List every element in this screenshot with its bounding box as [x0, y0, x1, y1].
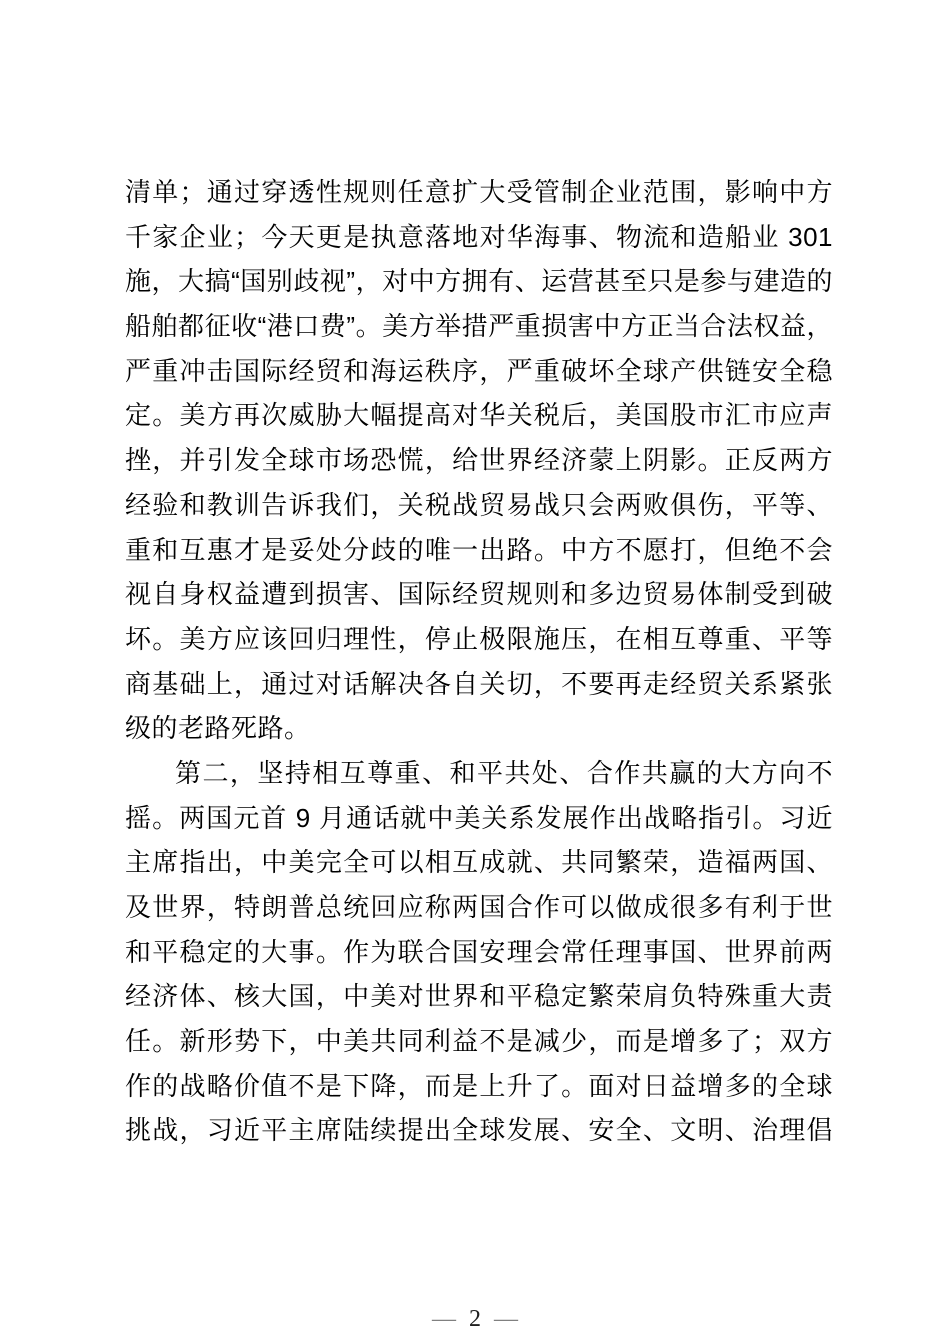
text-line: 任。新形势下，中美共同利益不是减少，而是增多了；双方合	[125, 1019, 833, 1064]
text-line: 挫，并引发全球市场恐慌，给世界经济蒙上阴影。正反两方面	[125, 438, 833, 483]
page-footer: —2—	[0, 1304, 950, 1334]
text-line: 千家企业；今天更是执意落地对华海事、物流和造船业 301 措	[125, 215, 833, 260]
text-line: 经验和教训告诉我们，关税战贸易战只会两败俱伤，平等、尊	[125, 483, 833, 528]
text-line: 船舶都征收“港口费”。美方举措严重损害中方正当合法权益，	[125, 304, 833, 349]
text-line: 重和互惠才是妥处分歧的唯一出路。中方不愿打，但绝不会坐	[125, 528, 833, 573]
text-line: 视自身权益遭到损害、国际经贸规则和多边贸易体制受到破	[125, 572, 833, 617]
text-line: 定。美方再次威胁大幅提高对华关税后，美国股市汇市应声下	[125, 393, 833, 438]
text-line: 经济体、核大国，中美对世界和平稳定繁荣肩负特殊重大责	[125, 974, 833, 1019]
text-line: 和平稳定的大事。作为联合国安理会常任理事国、世界前两大	[125, 930, 833, 975]
page-number-dash-right: —	[494, 1306, 518, 1332]
text-line: 作的战略价值不是下降，而是上升了。面对日益增多的全球性	[125, 1064, 833, 1109]
page-number-dash-left: —	[432, 1306, 456, 1332]
document-page: 清单；通过穿透性规则任意扩大受管制企业范围，影响中方数千家企业；今天更是执意落地…	[0, 0, 950, 1344]
text-line: 严重冲击国际经贸和海运秩序，严重破坏全球产供链安全稳	[125, 349, 833, 394]
text-line: 清单；通过穿透性规则任意扩大受管制企业范围，影响中方数	[125, 170, 833, 215]
text-line: 及世界，特朗普总统回应称两国合作可以做成很多有利于世界	[125, 885, 833, 930]
text-line: 第二，坚持相互尊重、和平共处、合作共赢的大方向不动	[125, 751, 833, 796]
page-number: 2	[469, 1306, 481, 1332]
text-line: 商基础上，通过对话解决各自关切，不要再走经贸关系紧张升	[125, 662, 833, 707]
text-line: 坏。美方应该回归理性，停止极限施压，在相互尊重、平等协	[125, 617, 833, 662]
text-line: 施，大搞“国别歧视”，对中方拥有、运营甚至只是参与建造的	[125, 259, 833, 304]
text-line: 级的老路死路。	[125, 706, 833, 751]
text-line: 摇。两国元首 9 月通话就中美关系发展作出战略指引。习近平	[125, 796, 833, 841]
text-line: 挑战，习近平主席陆续提出全球发展、安全、文明、治理倡	[125, 1108, 833, 1153]
text-line: 主席指出，中美完全可以相互成就、共同繁荣，造福两国、惠	[125, 840, 833, 885]
document-body: 清单；通过穿透性规则任意扩大受管制企业范围，影响中方数千家企业；今天更是执意落地…	[125, 170, 833, 1153]
